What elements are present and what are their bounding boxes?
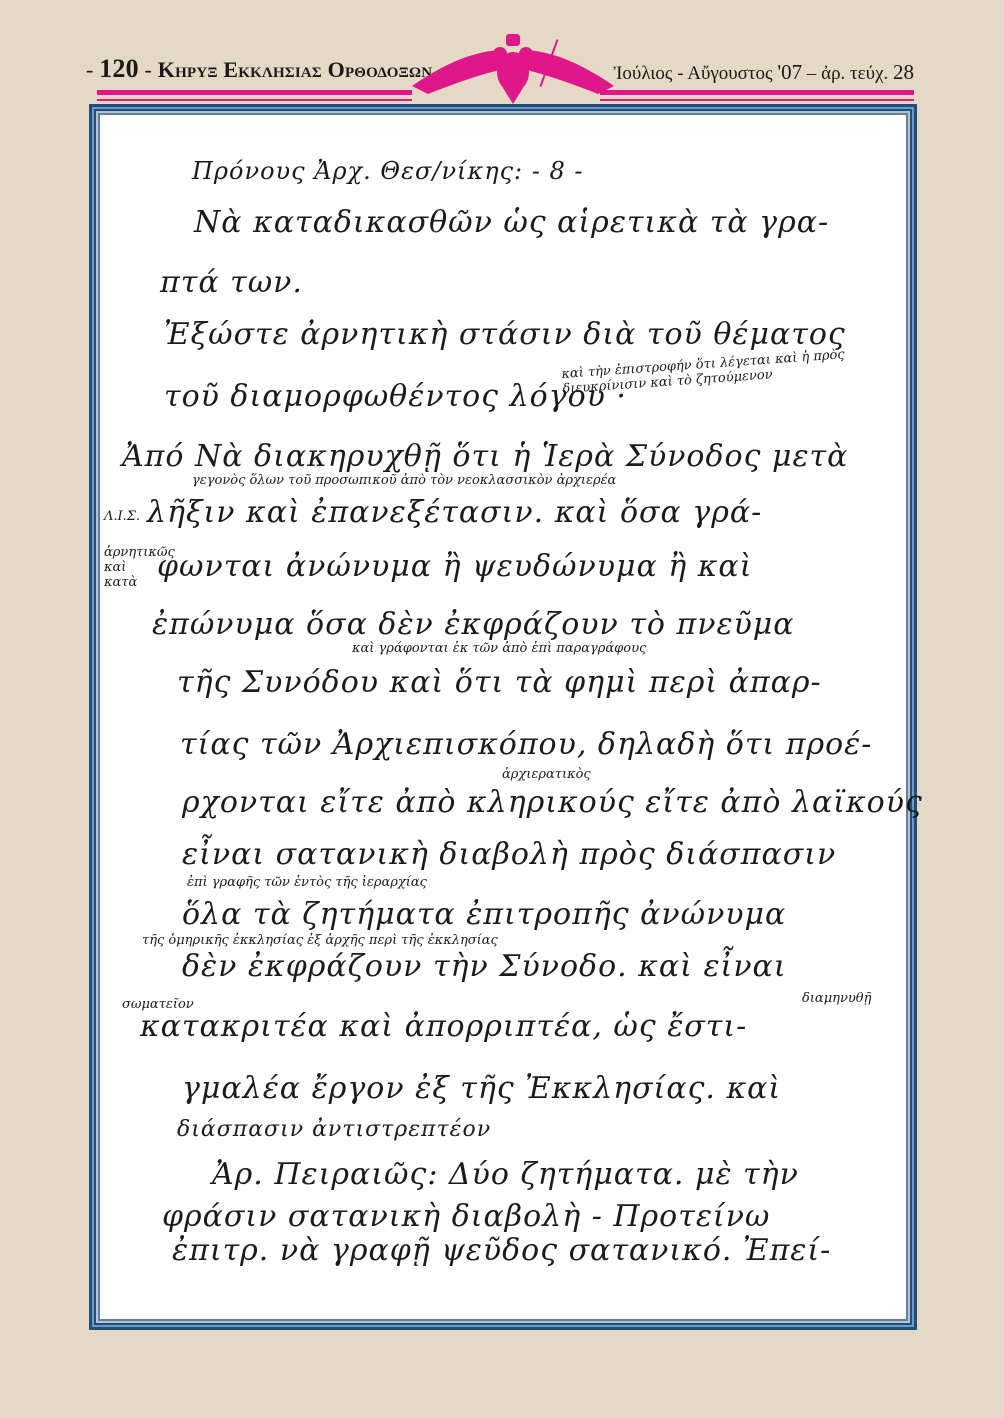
magazine-title: Κηρυξ Εκκλησιας Ορθοδοξων xyxy=(158,57,432,82)
manuscript-line: ρχονται εἴτε ἀπὸ κληρικούς εἴτε ἀπὸ λαϊκ… xyxy=(182,785,923,820)
double-headed-eagle-icon xyxy=(408,28,618,106)
page-header: - 120 - Κηρυξ Εκκλησιας Ορθοδοξων Ἰούλιο… xyxy=(0,0,1004,104)
manuscript-line: κατακριτέα καὶ ἀπορριπτέα, ὡς ἔστι- xyxy=(140,1009,747,1044)
running-title: - 120 - Κηρυξ Εκκλησιας Ορθοδοξων xyxy=(86,54,432,84)
manuscript-line: Ἐξώστε ἀρνητικὴ στάσιν διὰ τοῦ θέματος xyxy=(164,317,846,352)
manuscript-line: Πρόνους Ἀρχ. Θεσ/νίκης: - 8 - xyxy=(192,157,583,185)
manuscript-line: διάσπασιν ἀντιστρεπτέον xyxy=(177,1117,491,1142)
interlinear-annotation: καὶ γράφονται ἐκ τῶν ἀπὸ ἐπὶ παραγράφους xyxy=(352,641,646,656)
issue-info: Ἰούλιος - Αὔγουστος '07 – ἀρ. τεύχ. 28 xyxy=(613,60,914,85)
header-rule-left-thin xyxy=(97,99,412,101)
manuscript-frame: Πρόνους Ἀρχ. Θεσ/νίκης: - 8 - Νὰ καταδικ… xyxy=(89,104,917,1330)
margin-annotation: διαμηνυθῇ xyxy=(802,991,871,1006)
header-rule-left xyxy=(97,90,412,95)
issue-number: 28 xyxy=(893,60,914,84)
interlinear-annotation: ἀρχιερατικὸς xyxy=(502,767,591,782)
manuscript-line: εἶναι σατανικὴ διαβολὴ πρὸς διάσπασιν xyxy=(182,837,836,872)
manuscript-line: δὲν ἐκφράζουν τὴν Σύνοδο. καὶ εἶναι xyxy=(182,949,787,984)
manuscript-line: φράσιν σατανικὴ διαβολὴ - Προτείνω xyxy=(162,1199,770,1234)
manuscript-line: ἐπιτρ. νὰ γραφῇ ψεῦδος σατανικό. Ἐπεί- xyxy=(172,1233,831,1268)
manuscript-line: τίας τῶν Ἀρχιεπισκόπου, δηλαδὴ ὅτι προέ- xyxy=(180,727,872,762)
manuscript-line: Νὰ καταδικασθῶν ὡς αἱρετικὰ τὰ γρα- xyxy=(194,205,829,240)
manuscript-line: τῆς Συνόδου καὶ ὅτι τὰ φημὶ περὶ ἀπαρ- xyxy=(177,665,822,700)
manuscript-line: λῆξιν καὶ ἐπανεξέτασιν. καὶ ὅσα γρά- xyxy=(147,495,762,530)
manuscript-line: πτά των. xyxy=(160,265,303,300)
margin-annotation: ἀρνητικῶς καὶ κατὰ xyxy=(104,545,154,590)
manuscript-line: τοῦ διαμορφωθέντος λόγου · xyxy=(164,379,627,414)
header-rule-right-thin xyxy=(600,99,914,101)
manuscript-line: ὅλα τὰ ζητήματα ἐπιτροπῆς ἀνώνυμα xyxy=(182,897,786,932)
manuscript-line: γμαλέα ἔργον ἐξ τῆς Ἐκκλησίας. καὶ xyxy=(182,1071,781,1106)
interlinear-annotation: τῆς ὁμηρικῆς ἐκκλησίας ἐξ ἀρχῆς περὶ τῆς… xyxy=(142,933,498,948)
manuscript-line: Ἀπό Νὰ διακηρυχθῇ ὅτι ἡ Ἱερὰ Σύνοδος μετ… xyxy=(122,439,848,474)
manuscript-line: Ἀρ. Πειραιῶς: Δύο ζητήματα. μὲ τὴν xyxy=(212,1157,799,1192)
page-number: 120 xyxy=(99,54,139,83)
issue-year: '07 xyxy=(777,60,802,84)
manuscript-line: φωνται ἀνώνυμα ἢ ψευδώνυμα ἢ καὶ xyxy=(157,549,752,584)
manuscript-line: ἐπώνυμα ὅσα δὲν ἐκφράζουν τὸ πνεῦμα xyxy=(152,607,795,642)
interlinear-annotation: γεγονὸς ὅλων τοῦ προσωπικοῦ ἀπὸ τὸν νεοκ… xyxy=(192,473,616,488)
margin-annotation: Λ.Ι.Σ. xyxy=(104,509,140,524)
header-rule-right xyxy=(600,90,914,95)
interlinear-annotation: ἐπὶ γραφῆς τῶν ἐντὸς τῆς ἱεραρχίας xyxy=(187,875,427,890)
handwritten-manuscript: Πρόνους Ἀρχ. Θεσ/νίκης: - 8 - Νὰ καταδικ… xyxy=(102,117,904,1317)
